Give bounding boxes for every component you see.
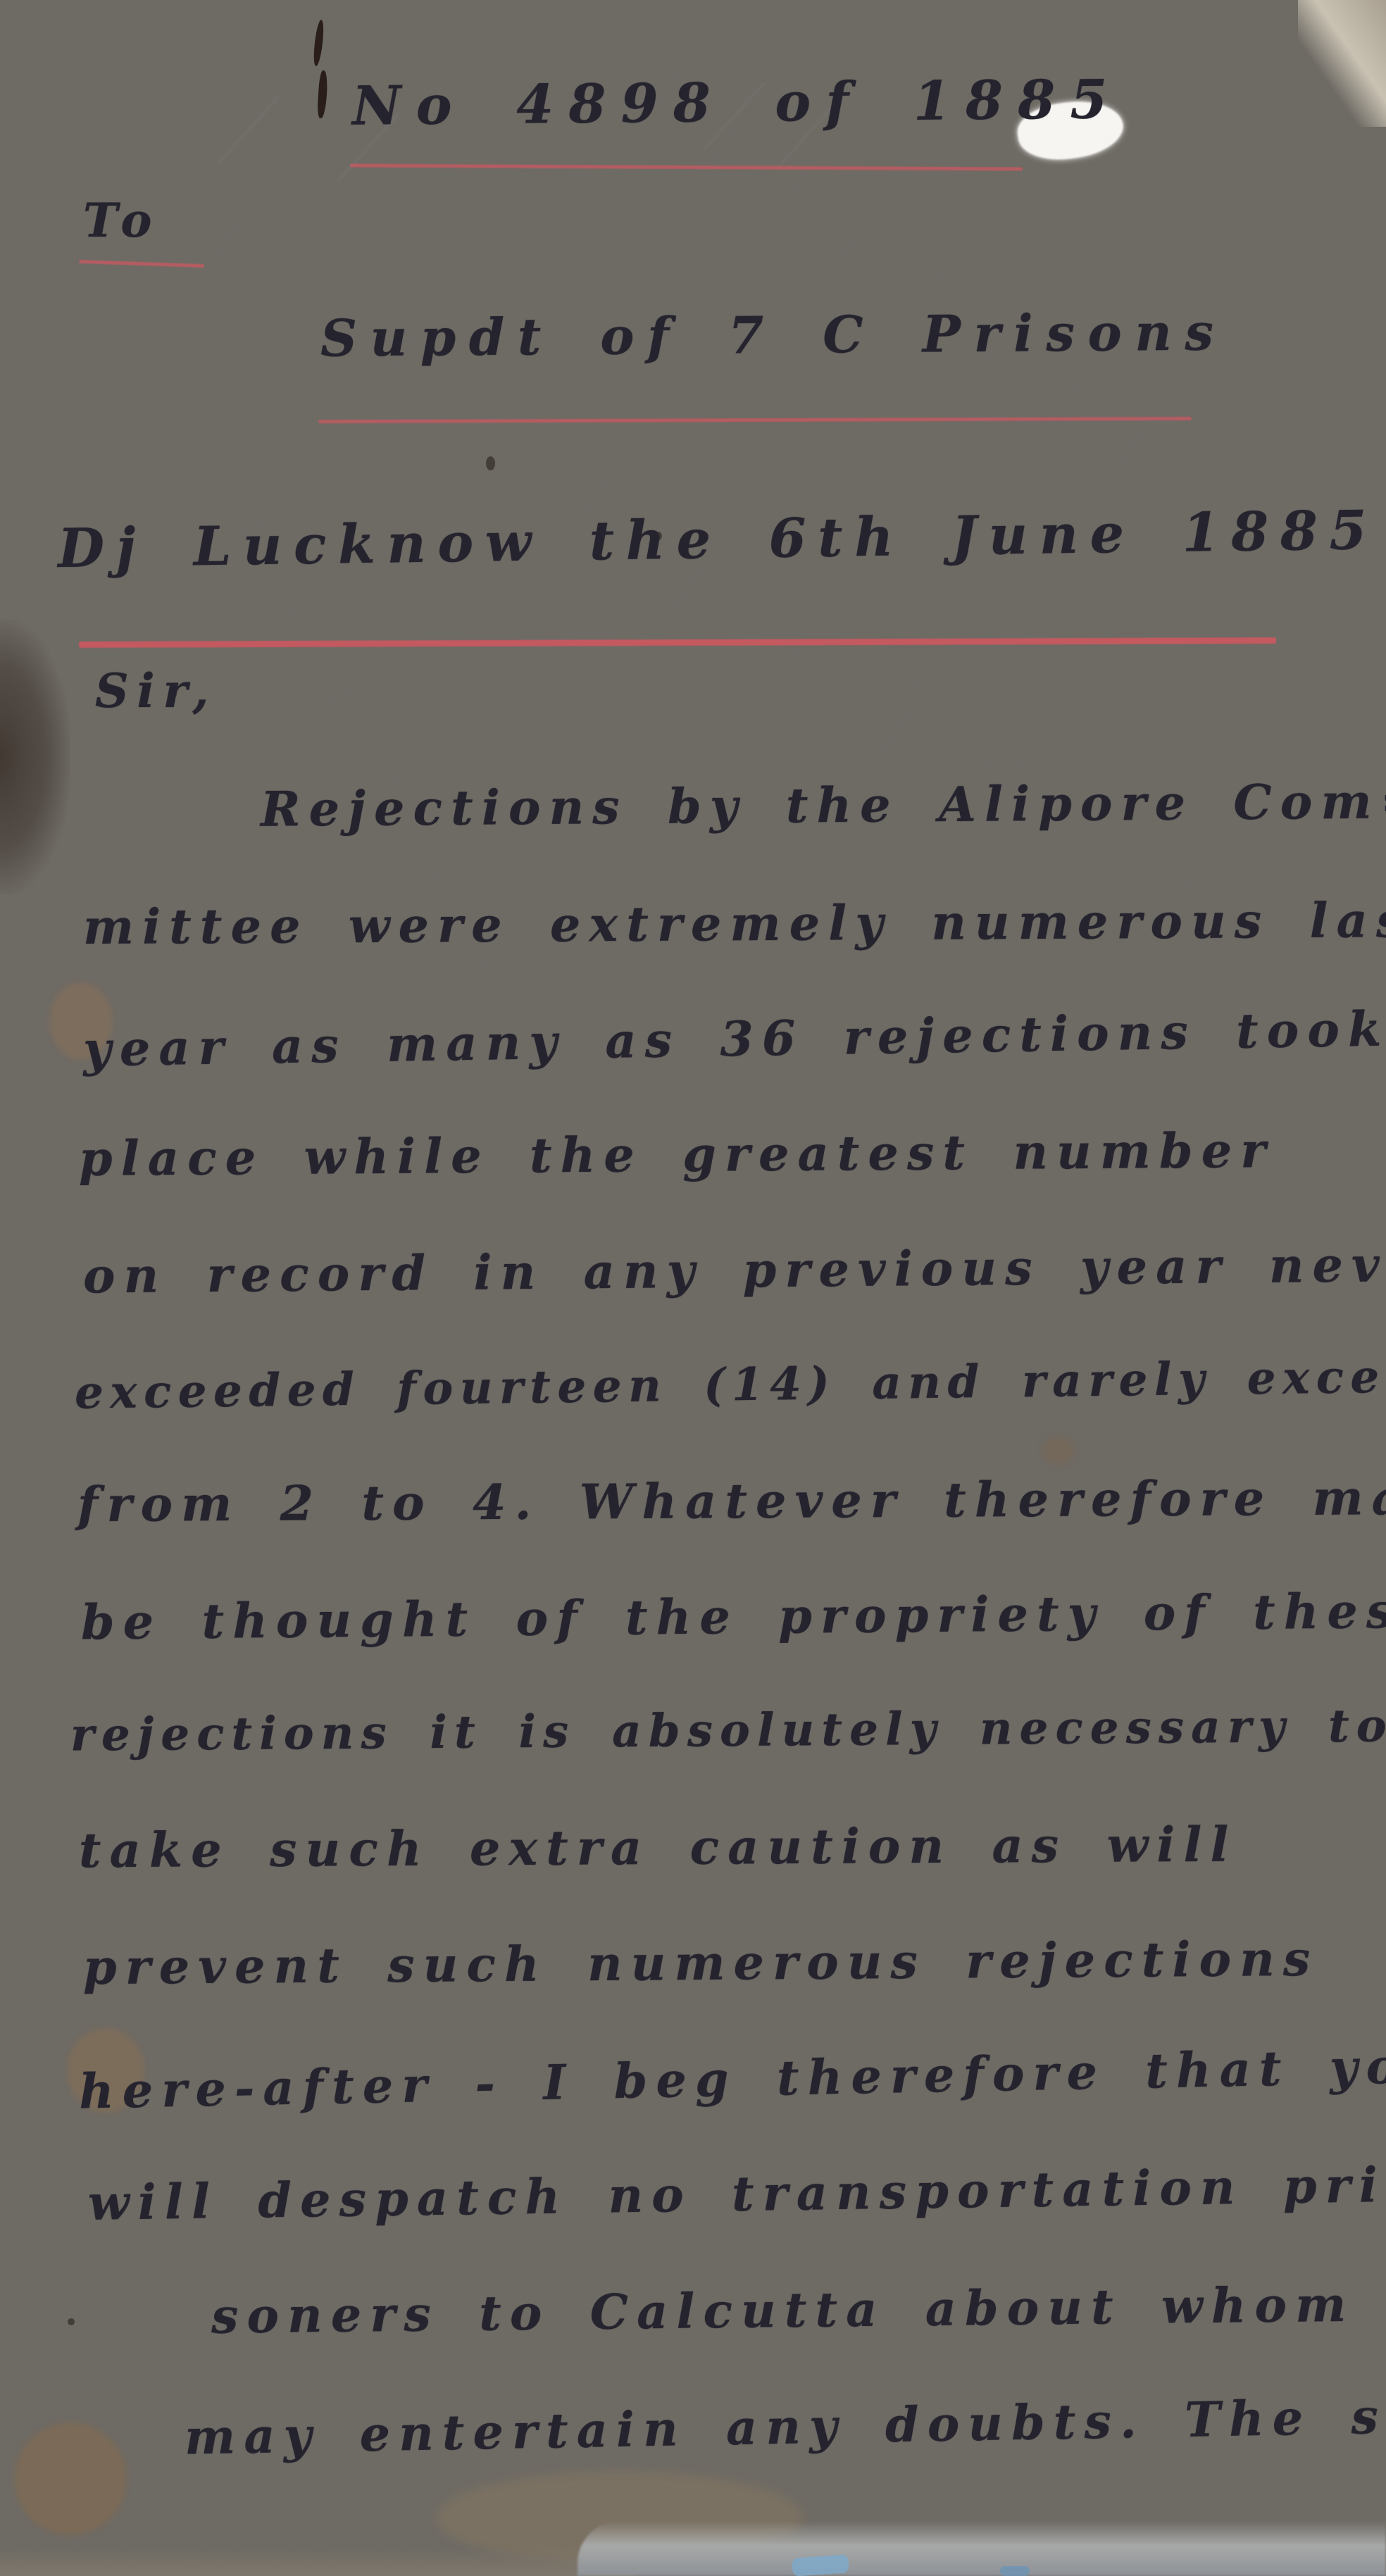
bottom-edge-surface (577, 2521, 1386, 2576)
paper-stain (14, 2422, 127, 2535)
ink-speck (486, 456, 495, 470)
addressee-line: Supdt of 7 C Prisons (320, 307, 1227, 364)
torn-corner (1298, 0, 1386, 127)
body-line: rejections it is absolutely necessary to (70, 1703, 1386, 1758)
red-underline (318, 417, 1192, 423)
edge-shadow-blob (0, 620, 70, 894)
ink-speck (68, 2318, 75, 2325)
body-line: exceeded fourteen (14) and rarely exceed… (75, 1353, 1386, 1415)
body-line: Rejections by the Alipore Com= (261, 777, 1386, 834)
body-line: on record in any previous year never (83, 1240, 1386, 1300)
body-line: from 2 to 4. Whatever therefore may (77, 1474, 1386, 1529)
pencil-stroke (216, 95, 280, 165)
reference-number: No 4898 of 1885 (352, 73, 1123, 133)
body-line: prevent such numerous rejections (83, 1935, 1319, 1992)
body-line: mittee were extremely numerous last (83, 896, 1386, 951)
body-line: here-after - I beg therefore that you (79, 2042, 1386, 2115)
body-line: will despatch no transportation pri (88, 2161, 1386, 2227)
body-line: soners to Calcutta about whom you (211, 2279, 1386, 2340)
red-underline (79, 260, 204, 268)
ink-blot (317, 70, 329, 119)
ink-bleed-ghost (198, 437, 227, 454)
blue-fragment (792, 2554, 849, 2576)
letter-page: No 4898 of 1885 To Supdt of 7 C Prisons … (0, 0, 1386, 2576)
salutation: Sir, (95, 668, 217, 714)
ink-bleed-ghost (901, 659, 934, 706)
body-line: take such extra caution as will (79, 1821, 1237, 1875)
paper-stain (1042, 1437, 1075, 1465)
ink-blot (312, 20, 325, 67)
blue-fragment (1000, 2566, 1030, 2576)
red-underline (350, 163, 1023, 170)
body-line: year as many as 36 rejections took (83, 1005, 1386, 1073)
bottom-edge-shadow (0, 2548, 634, 2576)
body-line: place while the greatest number (79, 1127, 1275, 1183)
to-label: To (83, 197, 160, 244)
red-underline (79, 637, 1276, 648)
ink-bleed-ghost (211, 215, 244, 263)
dateline: Dj Lucknow the 6th June 1885 (58, 504, 1379, 575)
body-line: may entertain any doubts. The standa- (185, 2389, 1386, 2461)
body-line: be thought of the propriety of these (81, 1587, 1386, 1647)
